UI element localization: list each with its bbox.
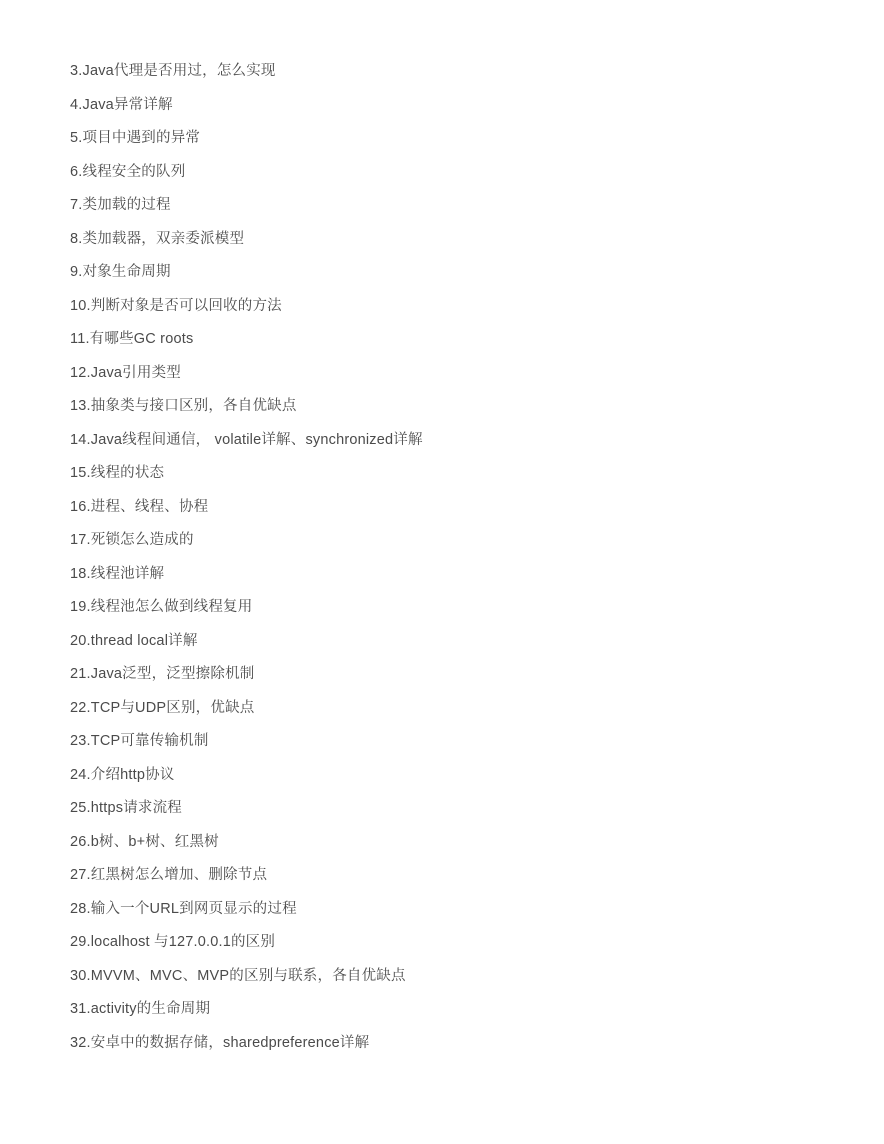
list-item: 3.Java代理是否用过，怎么实现: [70, 55, 844, 89]
list-item: 16.进程、线程、协程: [70, 491, 844, 525]
list-item: 22.TCP与UDP区别，优缺点: [70, 692, 844, 726]
list-item: 28.输入一个URL到网页显示的过程: [70, 893, 844, 927]
list-item: 20.thread local详解: [70, 625, 844, 659]
list-item: 6.线程安全的队列: [70, 156, 844, 190]
list-item: 15.线程的状态: [70, 457, 844, 491]
list-item: 7.类加载的过程: [70, 189, 844, 223]
list-item: 5.项目中遇到的异常: [70, 122, 844, 156]
question-list: 3.Java代理是否用过，怎么实现 4.Java异常详解 5.项目中遇到的异常 …: [70, 55, 844, 1060]
list-item: 14.Java线程间通信， volatile详解、synchronized详解: [70, 424, 844, 458]
list-item: 25.https请求流程: [70, 792, 844, 826]
list-item: 32.安卓中的数据存储，sharedpreference详解: [70, 1027, 844, 1061]
list-item: 9.对象生命周期: [70, 256, 844, 290]
list-item: 13.抽象类与接口区别，各自优缺点: [70, 390, 844, 424]
list-item: 18.线程池详解: [70, 558, 844, 592]
list-item: 29.localhost 与127.0.0.1的区别: [70, 926, 844, 960]
list-item: 10.判断对象是否可以回收的方法: [70, 290, 844, 324]
list-item: 24.介绍http协议: [70, 759, 844, 793]
list-item: 30.MVVM、MVC、MVP的区别与联系，各自优缺点: [70, 960, 844, 994]
list-item: 8.类加载器，双亲委派模型: [70, 223, 844, 257]
list-item: 26.b树、b+树、红黑树: [70, 826, 844, 860]
list-item: 21.Java泛型，泛型擦除机制: [70, 658, 844, 692]
list-item: 17.死锁怎么造成的: [70, 524, 844, 558]
list-item: 12.Java引用类型: [70, 357, 844, 391]
document-page: 3.Java代理是否用过，怎么实现 4.Java异常详解 5.项目中遇到的异常 …: [0, 0, 884, 1144]
list-item: 11.有哪些GC roots: [70, 323, 844, 357]
list-item: 23.TCP可靠传输机制: [70, 725, 844, 759]
list-item: 27.红黑树怎么增加、删除节点: [70, 859, 844, 893]
list-item: 4.Java异常详解: [70, 89, 844, 123]
list-item: 31.activity的生命周期: [70, 993, 844, 1027]
list-item: 19.线程池怎么做到线程复用: [70, 591, 844, 625]
